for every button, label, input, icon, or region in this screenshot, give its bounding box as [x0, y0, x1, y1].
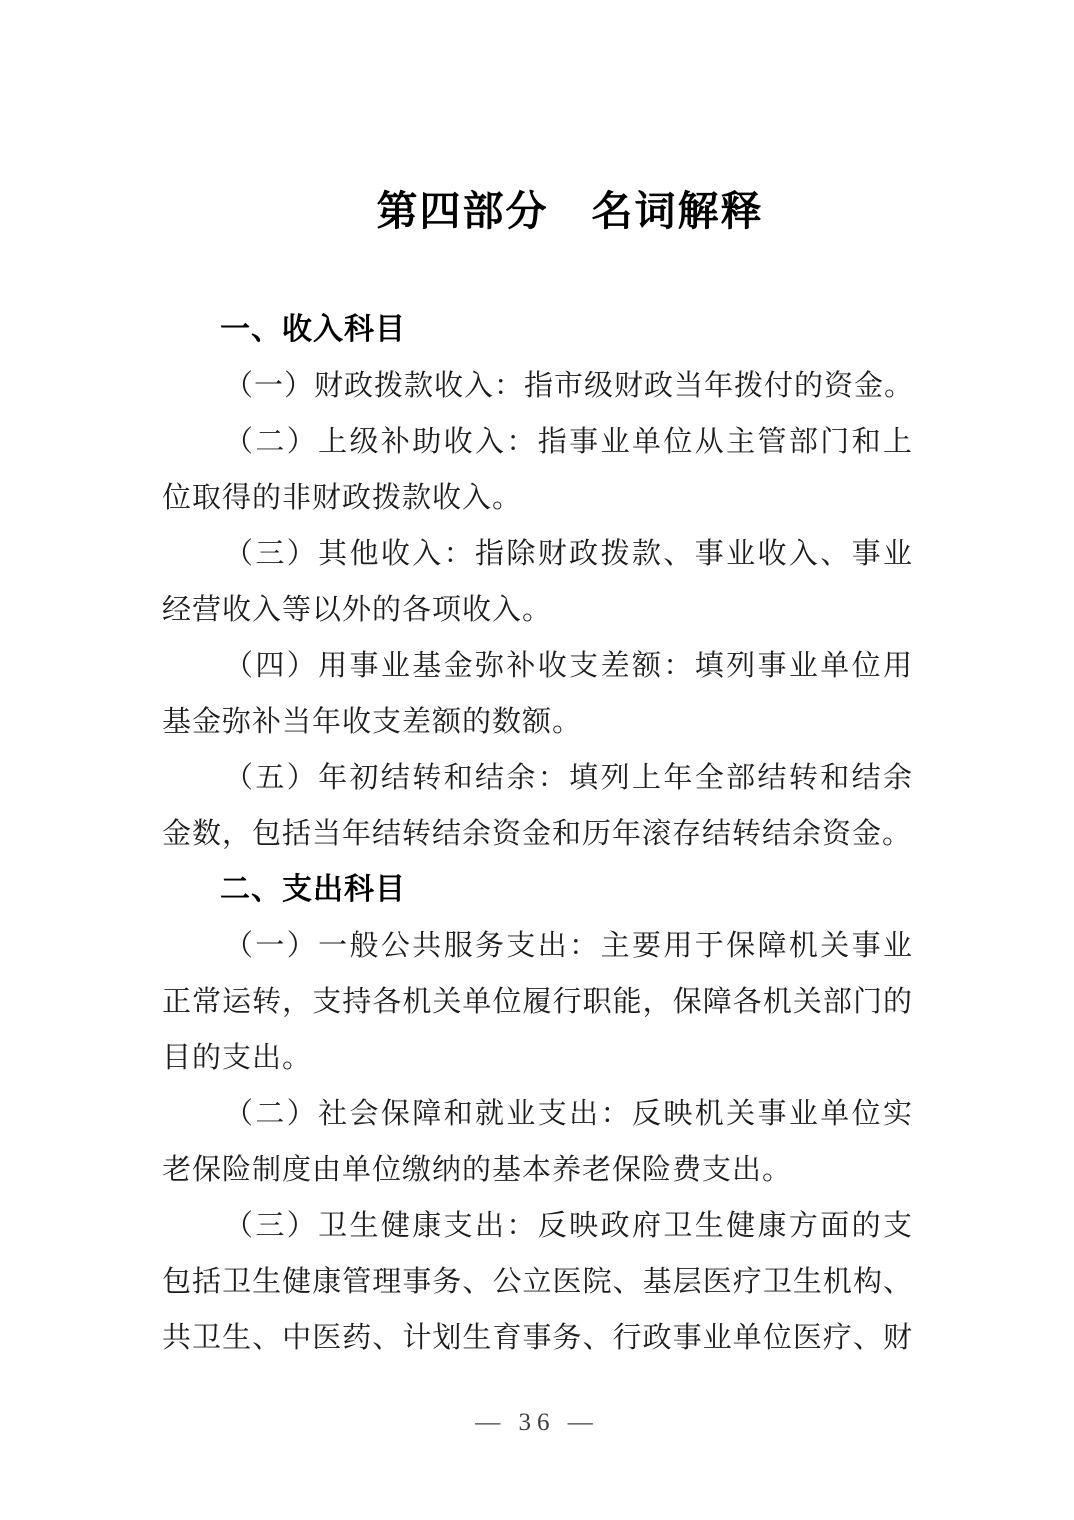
body-text-line: 正常运转，支持各机关单位履行职能，保障各机关部门的项: [162, 974, 913, 1030]
body-text-line: 金数，包括当年结转结余资金和历年滚存结转结余资金。: [162, 806, 913, 862]
body-text-line: 位取得的非财政拨款收入。: [162, 470, 913, 526]
body-text-line: （一）一般公共服务支出：主要用于保障机关事业单位: [162, 918, 913, 974]
body-text-line: （三）卫生健康支出：反映政府卫生健康方面的支出，: [162, 1198, 913, 1254]
body-text-line: 基金弥补当年收支差额的数额。: [162, 694, 913, 750]
body-text-line: （二）上级补助收入：指事业单位从主管部门和上级单: [162, 414, 913, 470]
section-heading: 一、收入科目: [162, 302, 913, 358]
body-text-line: 共卫生、中医药、计划生育事务、行政事业单位医疗、财政: [162, 1310, 913, 1366]
document-title: 第四部分 名词解释: [0, 186, 1074, 236]
body-text-line: 经营收入等以外的各项收入。: [162, 582, 913, 638]
body-text-line: （二）社会保障和就业支出：反映机关事业单位实施养: [162, 1086, 913, 1142]
document-page: 第四部分 名词解释 一、收入科目（一）财政拨款收入：指市级财政当年拨付的资金。（…: [0, 0, 1074, 1520]
document-body: 一、收入科目（一）财政拨款收入：指市级财政当年拨付的资金。（二）上级补助收入：指…: [162, 302, 913, 1366]
body-text-line: 包括卫生健康管理事务、公立医院、基层医疗卫生机构、公: [162, 1254, 913, 1310]
body-text-line: （一）财政拨款收入：指市级财政当年拨付的资金。: [162, 358, 913, 414]
document-title-text: 第四部分 名词解释: [377, 188, 764, 234]
section-heading: 二、支出科目: [162, 862, 913, 918]
body-text-line: 老保险制度由单位缴纳的基本养老保险费支出。: [162, 1142, 913, 1198]
body-text-line: （三）其他收入：指除财政拨款、事业收入、事业单位: [162, 526, 913, 582]
body-text-line: （四）用事业基金弥补收支差额：填列事业单位用事业: [162, 638, 913, 694]
page-number: — 36 —: [0, 1408, 1074, 1438]
body-text-line: （五）年初结转和结余：填列上年全部结转和结余的资: [162, 750, 913, 806]
body-text-line: 目的支出。: [162, 1030, 913, 1086]
